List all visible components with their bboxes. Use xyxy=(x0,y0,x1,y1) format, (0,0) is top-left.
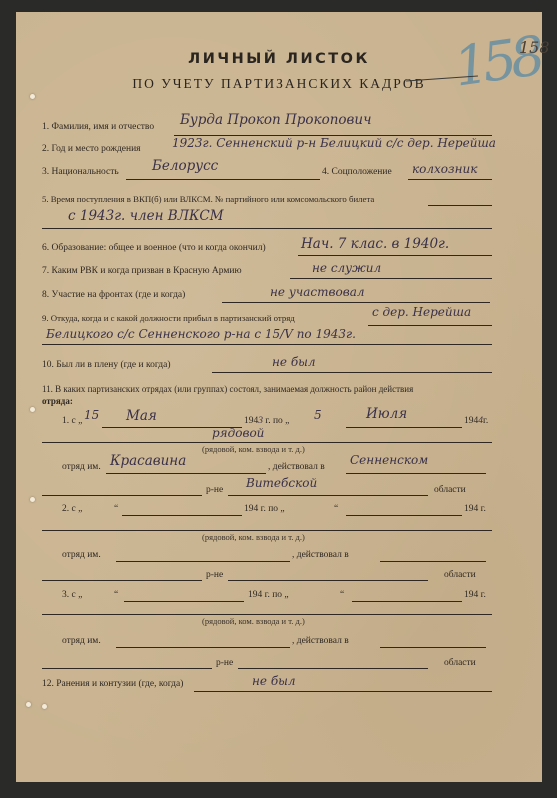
entry-2-quote: “ xyxy=(114,504,118,514)
entry-2-to-line xyxy=(346,515,462,516)
entry-2-region-label: области xyxy=(444,570,476,580)
entry-2-acted-line xyxy=(380,561,486,562)
punch-hole xyxy=(26,702,31,707)
entry-3-district-line xyxy=(238,668,428,669)
field-7-value: не служил xyxy=(312,261,381,275)
entry-2-quote2: “ xyxy=(334,504,338,514)
field-3-value: Белорусс xyxy=(152,158,218,174)
punch-hole xyxy=(42,704,47,709)
entry-2-position-caption: (рядовой, ком. взвода и т. д.) xyxy=(202,532,305,542)
entry-1-position-line xyxy=(42,442,492,443)
entry-1-acted-value: Сенненском xyxy=(350,453,428,467)
entry-2-year-to: 194 г. xyxy=(464,504,486,514)
field-3-line xyxy=(126,179,320,180)
entry-1-acted-in: , действовал в xyxy=(268,462,325,472)
field-10-value: не был xyxy=(272,355,316,369)
entry-1-detachment-prefix: отряд им. xyxy=(62,462,101,472)
field-11-label-line1: 11. В каких партизанских отрядах (или гр… xyxy=(42,384,413,394)
entry-1-detachment-line xyxy=(106,473,266,474)
field-9-line-b xyxy=(42,344,492,345)
entry-2-district-line xyxy=(228,580,428,581)
entry-3-quote: “ xyxy=(114,590,118,600)
field-6-value: Нач. 7 клас. в 1940г. xyxy=(301,236,449,252)
entry-3-num: 3. с „ xyxy=(62,590,82,600)
field-5-value: с 1943г. член ВЛКСМ xyxy=(68,208,224,224)
entry-3-district-label: р-не xyxy=(216,658,233,668)
entry-3-detachment-line xyxy=(116,647,290,648)
entry-1-detachment: Красавина xyxy=(110,453,186,469)
field-8-line xyxy=(222,302,490,303)
entry-2-district-label: р-не xyxy=(206,570,223,580)
entry-1-day-from: 15 xyxy=(84,408,99,422)
entry-1-region-label: области xyxy=(434,485,466,495)
field-10-label: 10. Был ли в плену (где и когда) xyxy=(42,360,171,370)
entry-1-year-to: 1944г. xyxy=(464,416,488,426)
entry-3-to-line xyxy=(352,601,462,602)
entry-2-district-blank xyxy=(42,580,202,581)
field-5-line-a xyxy=(428,205,492,206)
field-6-label: 6. Образование: общее и военное (что и к… xyxy=(42,243,266,253)
field-9-value-line1: с дер. Нерейша xyxy=(372,305,471,319)
field-5-label: 5. Время поступления в ВКП(б) или ВЛКСМ.… xyxy=(42,194,374,204)
entry-1-district-blank xyxy=(42,495,202,496)
archive-number-blue: 158 xyxy=(450,24,543,98)
entry-3-from-line xyxy=(124,601,244,602)
entry-1-month-to: Июля xyxy=(366,406,407,422)
entry-1-month-to-line xyxy=(346,427,462,428)
field-2-label: 2. Год и место рождения xyxy=(42,144,141,154)
document-page: ЛИЧНЫЙ ЛИСТОК ПО УЧЕТУ ПАРТИЗАНСКИХ КАДР… xyxy=(16,12,542,782)
field-12-line xyxy=(194,691,492,692)
field-12-label: 12. Ранения и контузии (где, когда) xyxy=(42,679,183,689)
entry-1-year-from: 1943 г. по „ xyxy=(244,416,289,426)
entry-3-region-label: области xyxy=(444,658,476,668)
entry-1-month-from: Мая xyxy=(126,408,157,424)
archive-number-pencil: 158 xyxy=(519,38,550,57)
entry-3-year-from: 194 г. по „ xyxy=(248,590,289,600)
punch-hole xyxy=(30,94,35,99)
entry-3-year-to: 194 г. xyxy=(464,590,486,600)
field-9-value-line2: Белицкого с/с Сенненского р-на с 15/V по… xyxy=(46,327,356,341)
field-11-label-line2: отряда: xyxy=(42,396,73,406)
entry-2-from-line xyxy=(122,515,242,516)
field-4-value: колхозник xyxy=(412,162,477,176)
entry-1-district-label: р-не xyxy=(206,485,223,495)
entry-2-detachment-prefix: отряд им. xyxy=(62,550,101,560)
entry-3-quote2: “ xyxy=(340,590,344,600)
field-4-label: 4. Соцположение xyxy=(322,167,392,177)
entry-1-num: 1. с „ xyxy=(62,416,82,426)
field-4-line xyxy=(408,179,492,180)
field-9-line-a xyxy=(368,325,492,326)
entry-1-acted-line xyxy=(346,473,486,474)
entry-1-day-to: 5 xyxy=(314,408,322,422)
field-6-line xyxy=(298,255,492,256)
entry-3-position-line xyxy=(42,614,492,615)
field-2-value: 1923г. Сенненский р-н Белицкий с/с дер. … xyxy=(172,136,496,150)
field-3-label: 3. Национальность xyxy=(42,167,119,177)
field-10-line xyxy=(212,372,492,373)
entry-2-year-from: 194 г. по „ xyxy=(244,504,285,514)
punch-hole xyxy=(30,407,35,412)
entry-2-position-line xyxy=(42,530,492,531)
field-1-value: Бурда Прокоп Прокопович xyxy=(180,112,372,128)
field-7-line xyxy=(290,278,492,279)
punch-hole xyxy=(30,497,35,502)
entry-1-district-line xyxy=(228,495,428,496)
field-12-value: не был xyxy=(252,674,296,688)
entry-2-num: 2. с „ xyxy=(62,504,82,514)
field-5-line-b xyxy=(42,228,492,229)
entry-3-detachment-prefix: отряд им. xyxy=(62,636,101,646)
entry-2-detachment-line xyxy=(116,561,290,562)
entry-3-acted-in: , действовал в xyxy=(292,636,349,646)
field-7-label: 7. Каким РВК и когда призван в Красную А… xyxy=(42,266,242,276)
field-1-label: 1. Фамилия, имя и отчество xyxy=(42,122,154,132)
entry-3-acted-line xyxy=(380,647,486,648)
field-8-label: 8. Участие на фронтах (где и когда) xyxy=(42,290,185,300)
entry-3-position-caption: (рядовой, ком. взвода и т. д.) xyxy=(202,616,305,626)
entry-1-position-caption: (рядовой, ком. взвода и т. д.) xyxy=(202,444,305,454)
entry-3-district-blank xyxy=(42,668,212,669)
entry-1-position: рядовой xyxy=(212,426,264,440)
field-9-label: 9. Откуда, когда и с какой должности при… xyxy=(42,313,295,323)
entry-1-district-value: Витебской xyxy=(246,476,317,490)
field-8-value: не участвовал xyxy=(270,285,365,299)
entry-2-acted-in: , действовал в xyxy=(292,550,349,560)
